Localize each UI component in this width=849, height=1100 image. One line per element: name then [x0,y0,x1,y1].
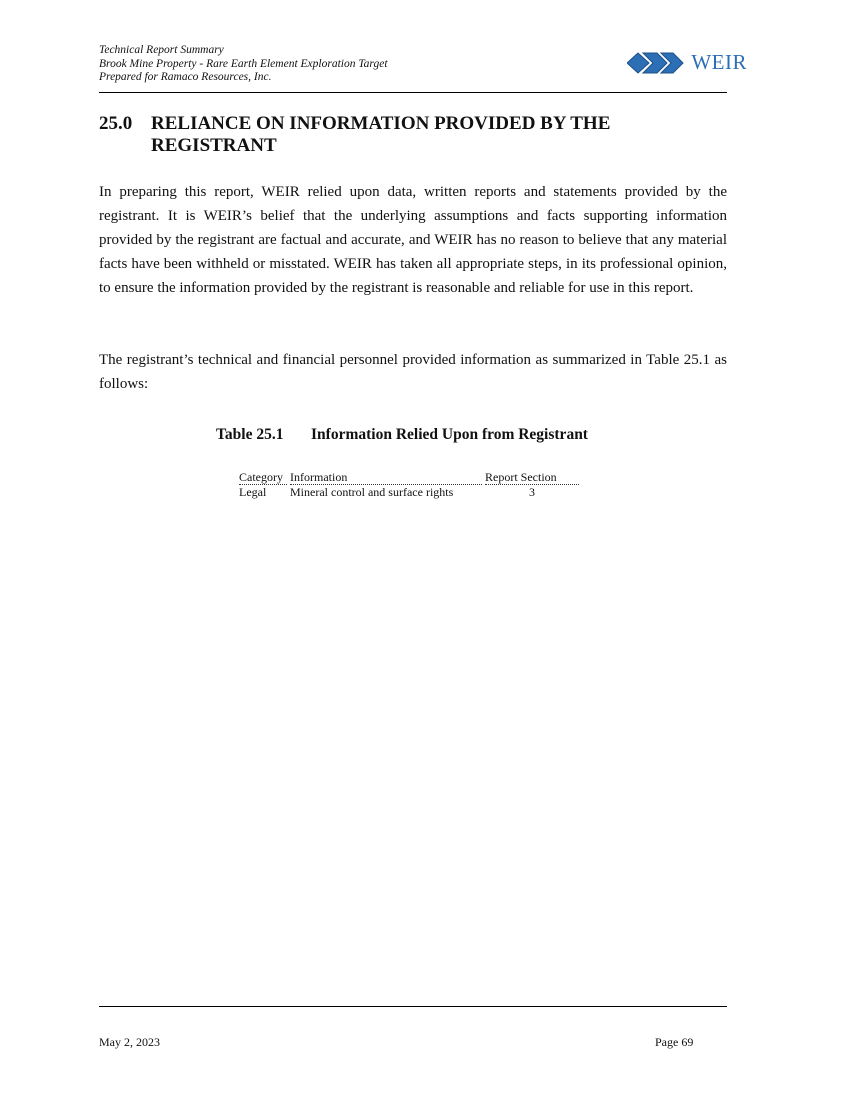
col-information: Information [290,470,482,485]
table-header-row: Category Information Report Section [239,470,579,485]
section-title-line-1: RELIANCE ON INFORMATION PROVIDED BY THE [151,113,610,134]
table-row: Legal Mineral control and surface rights… [239,485,579,499]
table-label: Table 25.1 [216,426,311,444]
header-rule [99,92,727,93]
logo-text: WEIR [691,50,747,75]
table-caption: Table 25.1Information Relied Upon from R… [216,426,588,444]
footer-date: May 2, 2023 [99,1035,160,1050]
footer-rule [99,1006,727,1007]
table-title: Information Relied Upon from Registrant [311,426,588,443]
weir-diamonds-icon [627,52,689,74]
col-category: Category [239,470,287,485]
page-header: Technical Report Summary Brook Mine Prop… [99,44,727,85]
section-heading: 25.0RELIANCE ON INFORMATION PROVIDED BY … [99,113,610,157]
paragraph-2: The registrant’s technical and financial… [99,348,727,396]
paragraph-1: In preparing this report, WEIR relied up… [99,180,727,300]
cell-information: Mineral control and surface rights [290,485,482,499]
col-report-section: Report Section [485,470,579,485]
cell-category: Legal [239,485,287,499]
footer-page-number: Page 69 [655,1035,693,1050]
section-title-line-2: REGISTRANT [99,135,610,157]
cell-report-section: 3 [485,485,579,499]
weir-logo: WEIR [627,50,747,75]
info-table: Category Information Report Section Lega… [236,470,582,499]
section-number: 25.0 [99,113,151,135]
